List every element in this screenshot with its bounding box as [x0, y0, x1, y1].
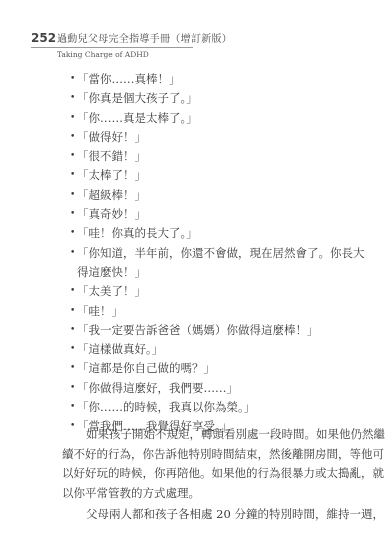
praise-phrase-list: •「當你……真棒！」 •「你真是個大孩子了。」 •「你……真是太棒了。」 •「做… — [70, 70, 370, 437]
header-rule-row: 252 過動兒父母完全指導手冊（增訂新版） — [31, 30, 193, 48]
page-number: 252 — [31, 31, 55, 45]
book-title: 過動兒父母完全指導手冊（增訂新版） — [57, 30, 232, 45]
bullet-icon: • — [70, 321, 77, 340]
bullet-icon: • — [70, 244, 77, 263]
bullet-icon: • — [70, 302, 77, 321]
bullet-icon: • — [70, 340, 77, 359]
bullet-icon: • — [70, 379, 77, 398]
list-item: •「超級棒！」 — [70, 186, 370, 205]
bullet-icon: • — [70, 147, 77, 166]
list-item: •「哇！」 — [70, 302, 370, 321]
list-item: •「哇！你真的長大了。」 — [70, 224, 370, 243]
list-item: •「你……的時候，我真以你為榮。」 — [70, 398, 370, 417]
list-item: •「你做得這麼好，我們要……」 — [70, 379, 370, 398]
bullet-icon: • — [70, 205, 77, 224]
list-item: •「太美了！」 — [70, 282, 370, 301]
list-item: •「我一定要告訴爸爸（媽媽）你做得這麼棒！」 — [70, 321, 370, 340]
bullet-icon: • — [70, 398, 77, 417]
list-item: •「你……真是太棒了。」 — [70, 109, 370, 128]
bullet-icon: • — [70, 224, 77, 243]
bullet-icon: • — [70, 282, 77, 301]
bullet-icon: • — [70, 359, 77, 378]
list-item-continuation: 得這麼快！」 — [70, 263, 370, 282]
list-item: •「真奇妙！」 — [70, 205, 370, 224]
bullet-icon: • — [70, 70, 77, 89]
book-subtitle: Taking Charge of ADHD — [57, 50, 193, 59]
list-item: •「你知道，半年前，你還不會做，現在居然會了。你長大得這麼快！」 — [70, 244, 370, 283]
bullet-icon: • — [70, 186, 77, 205]
body-paragraph-misbehavior: 如果孩子開始不規矩，轉頭看別處一段時間。如果他仍然繼 續不好的行為，你告訴他特別… — [62, 425, 362, 503]
list-item: •「這都是你自己做的嗎？」 — [70, 359, 370, 378]
page-header: 252 過動兒父母完全指導手冊（增訂新版） Taking Charge of A… — [31, 30, 193, 59]
body-paragraph-special-time: 父母兩人都和孩子各相處 20 分鐘的特別時間，維持一週， — [62, 505, 362, 525]
bullet-icon: • — [70, 128, 77, 147]
list-item: •「這樣做真好。」 — [70, 340, 370, 359]
list-item: •「很不錯！」 — [70, 147, 370, 166]
bullet-icon: • — [70, 109, 77, 128]
list-item: •「當你……真棒！」 — [70, 70, 370, 89]
bullet-icon: • — [70, 89, 77, 108]
bullet-icon: • — [70, 166, 77, 185]
list-item: •「太棒了！」 — [70, 166, 370, 185]
list-item: •「你真是個大孩子了。」 — [70, 89, 370, 108]
list-item: •「做得好！」 — [70, 128, 370, 147]
